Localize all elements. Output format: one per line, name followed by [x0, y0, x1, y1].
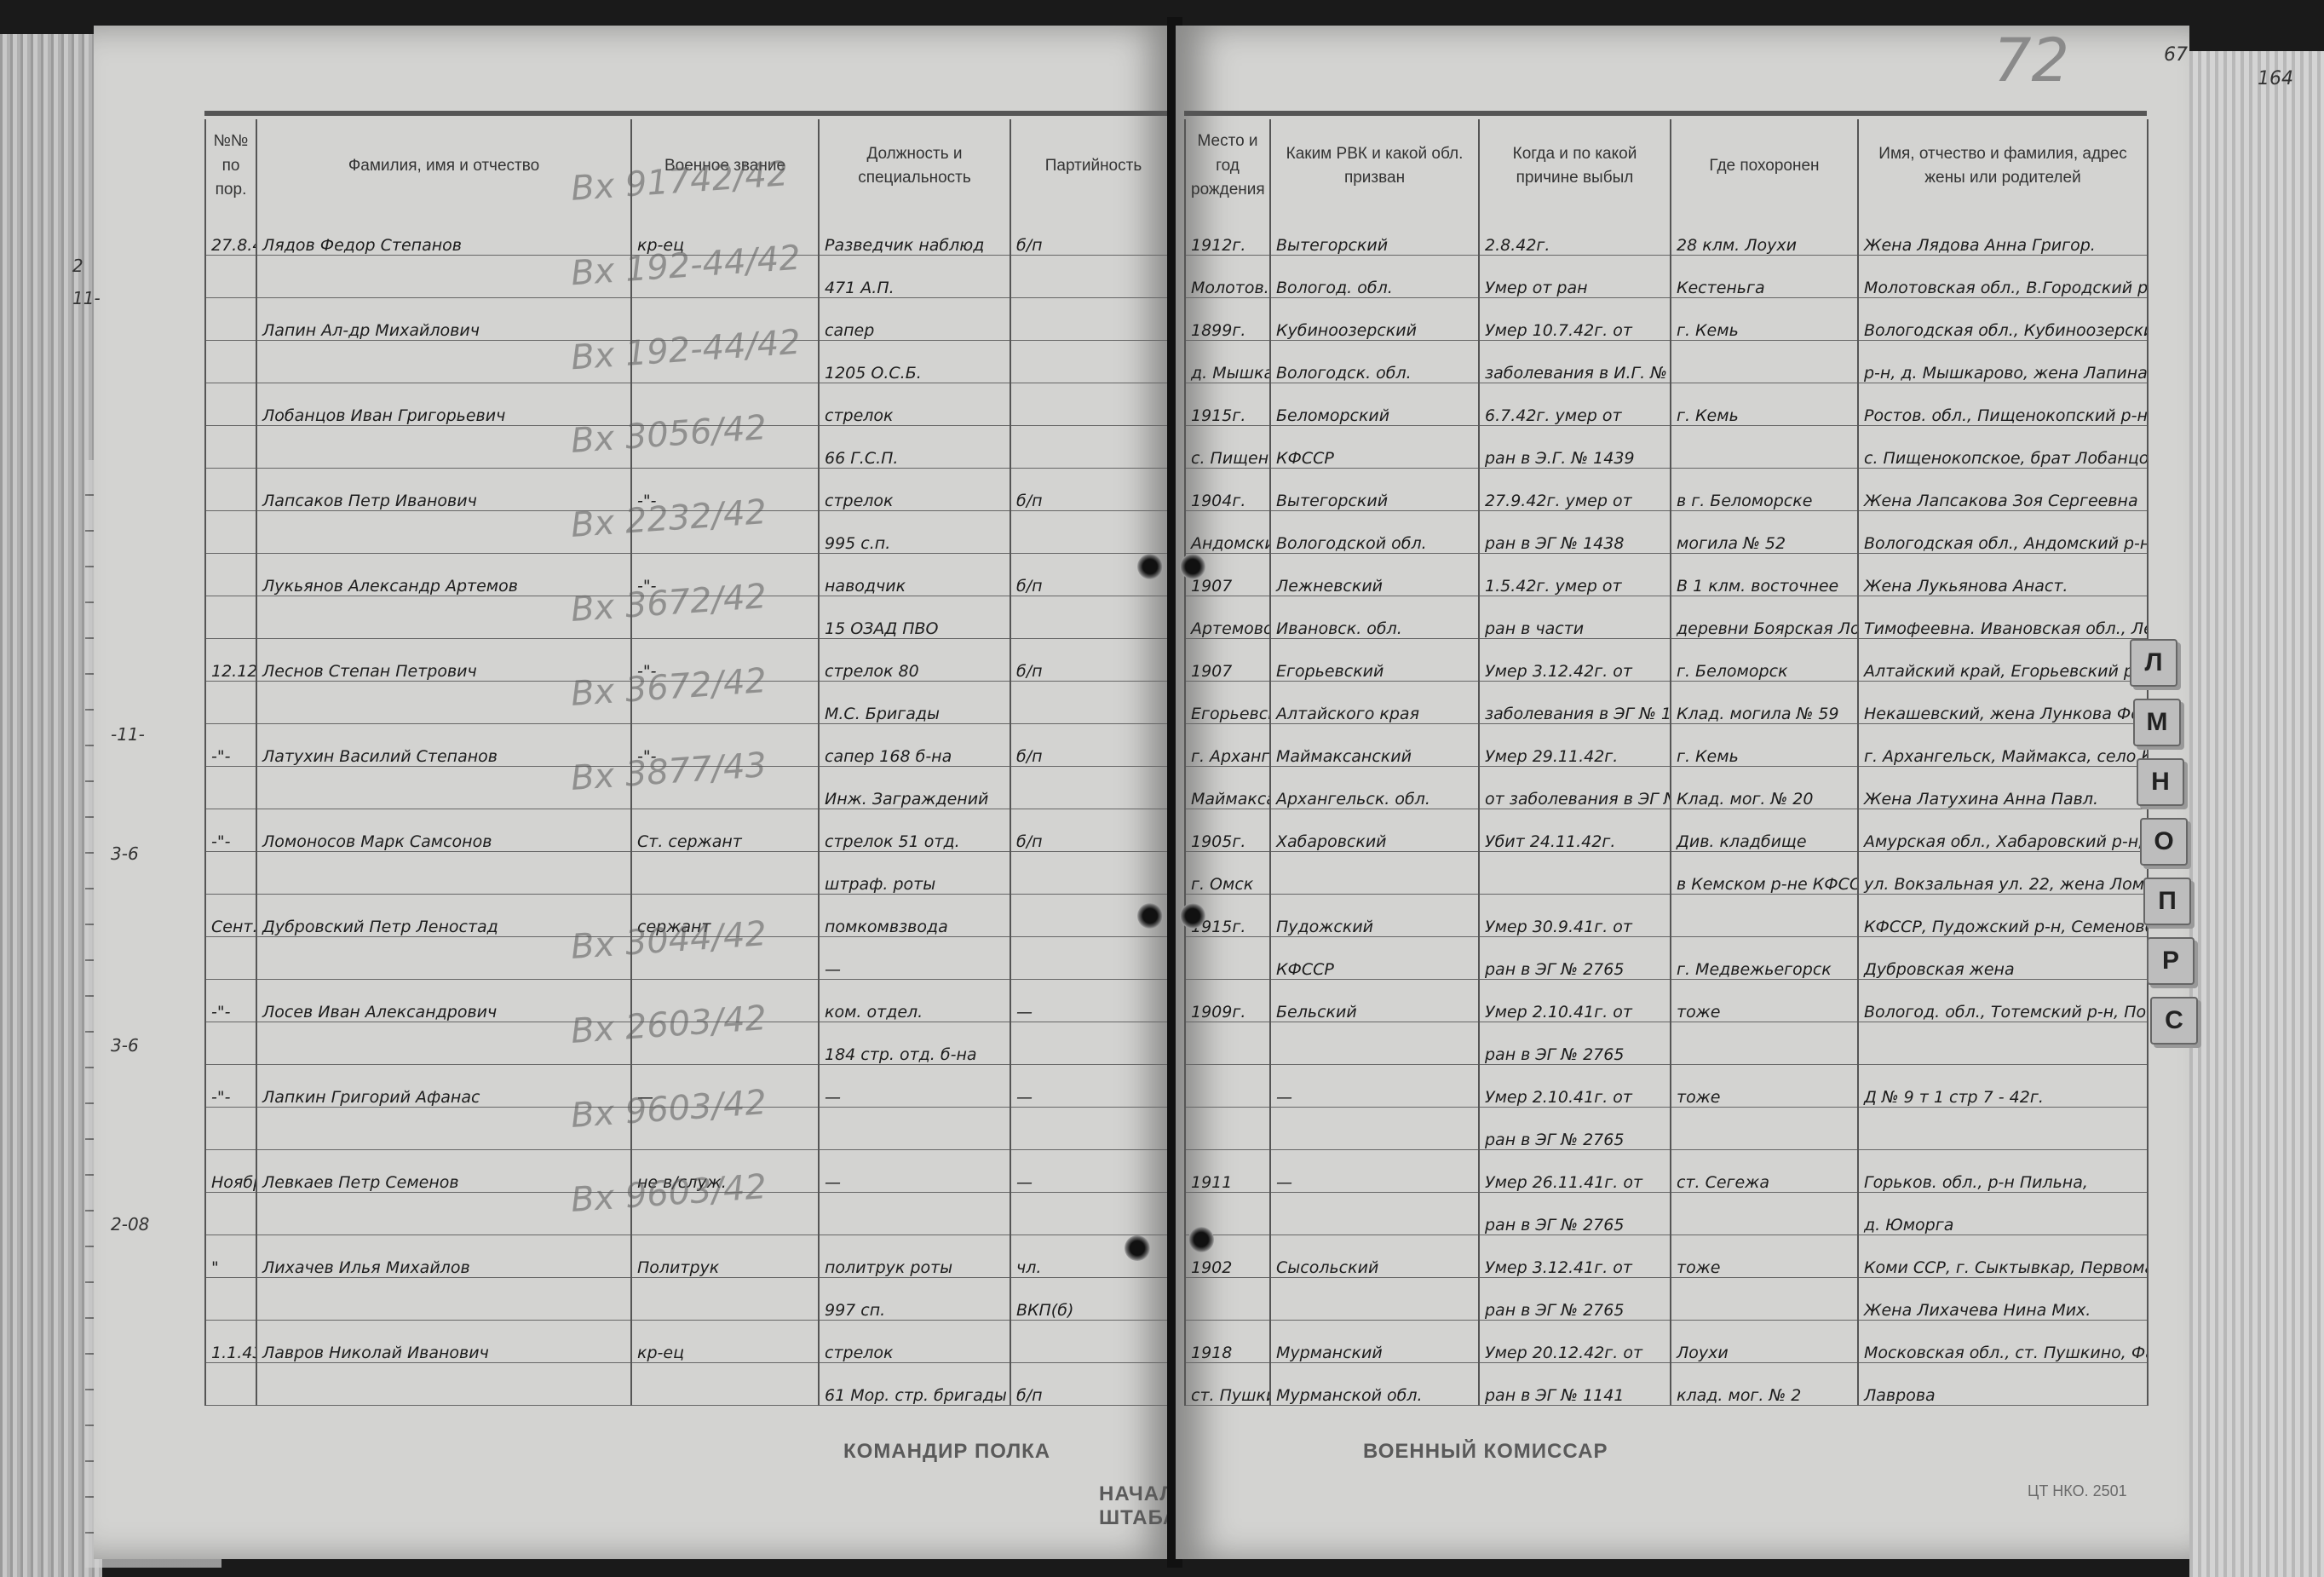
table-cell: [1010, 426, 1176, 469]
table-cell: могила № 52: [1671, 511, 1858, 554]
table-cell: Егорьевский: [1270, 639, 1479, 682]
table-row: 1.1.43Лавров Николай Ивановичкр-ецстрело…: [205, 1321, 1176, 1363]
ledger-spread: №№ по пор.Фамилия, имя и отчествоВоенное…: [0, 0, 2324, 1577]
table-row: ран в ЭГ № 2765: [1185, 1108, 2148, 1150]
binding-hole: [1125, 1235, 1150, 1261]
right-header-row: Место и год рожденияКаким РВК и какой об…: [1185, 119, 2148, 213]
table-cell: клад. мог. № 2: [1671, 1363, 1858, 1406]
table-cell: [1010, 298, 1176, 341]
table-row: 1912г.Вытегорский2.8.42г.28 клм. ЛоухиЖе…: [1185, 213, 2148, 256]
table-cell: Умер 3.12.41г. от: [1479, 1235, 1671, 1278]
table-cell: ул. Вокзальная ул. 22, жена Ломоносова Е…: [1858, 852, 2148, 895]
table-row: ран в ЭГ № 2765д. Юморга: [1185, 1193, 2148, 1235]
binding-hole: [1137, 903, 1163, 929]
table-cell: Жена Лукьянова Анаст.: [1858, 554, 2148, 596]
right-page: 67 72 Место и год рожденияКаким РВК и ка…: [1176, 26, 2189, 1559]
table-row: Егорьевский р-нАлтайского краязаболевани…: [1185, 682, 2148, 724]
table-cell: [1010, 1022, 1176, 1065]
table-cell: Кубиноозерский: [1270, 298, 1479, 341]
table-row: 1899г.КубиноозерскийУмер 10.7.42г. отг. …: [1185, 298, 2148, 341]
table-cell: 1912г.: [1185, 213, 1270, 256]
table-row: ран в ЭГ № 2765Жена Лихачева Нина Мих.: [1185, 1278, 2148, 1321]
table-cell: Пудожский: [1270, 895, 1479, 937]
table-cell: [631, 256, 819, 298]
table-cell: г. Кемь: [1671, 298, 1858, 341]
table-row: 61 Мор. стр. бригадыб/п: [205, 1363, 1176, 1406]
table-cell: в г. Беломорске: [1671, 469, 1858, 511]
table-row: Молотов. обл.Вологод. обл.Умер от ранКес…: [1185, 256, 2148, 298]
table-cell: стрелок: [819, 383, 1010, 426]
table-cell: 1915г.: [1185, 383, 1270, 426]
table-row: 184 стр. отд. б-на: [205, 1022, 1176, 1065]
table-cell: [205, 1108, 256, 1150]
index-tab-3[interactable]: Н: [2137, 758, 2184, 806]
margin-note: -11-: [111, 724, 145, 745]
table-row: 1904г.Вытегорский27.9.42г. умер отв г. Б…: [1185, 469, 2148, 511]
table-cell: б/п: [1010, 1363, 1176, 1406]
table-cell: не в/служ.: [631, 1150, 819, 1193]
margin-note: 3-6: [111, 1035, 139, 1056]
table-cell: [631, 426, 819, 469]
table-cell: [1185, 1278, 1270, 1321]
table-row: Андомский р-нВологодской обл.ран в ЭГ № …: [1185, 511, 2148, 554]
index-tab-2[interactable]: М: [2133, 699, 2181, 746]
table-row: Лапсаков Петр Иванович-"-стрелокб/п: [205, 469, 1176, 511]
table-cell: Лосев Иван Александрович: [256, 980, 631, 1022]
table-cell: Алтайский край, Егорьевский р-н, Песчано…: [1858, 639, 2148, 682]
column-header: Имя, отчество и фамилия, адрес жены или …: [1858, 119, 2148, 213]
table-cell: сержант: [631, 895, 819, 937]
table-cell: [1671, 895, 1858, 937]
table-cell: [1010, 852, 1176, 895]
table-row: д. МышкаровоВологодск. обл.заболевания в…: [1185, 341, 2148, 383]
table-cell: Жена Латухина Анна Павл.: [1858, 767, 2148, 809]
left-header-row: №№ по пор.Фамилия, имя и отчествоВоенное…: [205, 119, 1176, 213]
table-cell: [819, 1108, 1010, 1150]
table-cell: ст. Сегежа: [1671, 1150, 1858, 1193]
table-cell: [205, 554, 256, 596]
column-header: Место и год рождения: [1185, 119, 1270, 213]
table-cell: Д № 9 т 1 стр 7 - 42г.: [1858, 1065, 2148, 1108]
table-cell: Лаврова: [1858, 1363, 2148, 1406]
table-cell: Инж. Заграждений: [819, 767, 1010, 809]
table-cell: Некашевский, жена Лункова Федосья Никола…: [1858, 682, 2148, 724]
table-cell: [205, 256, 256, 298]
table-row: [205, 1193, 1176, 1235]
table-cell: Лежневский: [1270, 554, 1479, 596]
table-cell: 12.12: [205, 639, 256, 682]
table-cell: Жена Лихачева Нина Мих.: [1858, 1278, 2148, 1321]
binding-hole: [1180, 554, 1205, 579]
table-cell: Архангельск. обл.: [1270, 767, 1479, 809]
table-cell: 1904г.: [1185, 469, 1270, 511]
table-row: Лапин Ал-др Михайловичсапер: [205, 298, 1176, 341]
table-cell: ран в ЭГ № 2765: [1479, 1193, 1671, 1235]
table-cell: Вытегорский: [1270, 469, 1479, 511]
column-header: Военное звание: [631, 119, 819, 213]
table-cell: г. Архангельск: [1185, 724, 1270, 767]
table-cell: 1918: [1185, 1321, 1270, 1363]
table-cell: 997 сп.: [819, 1278, 1010, 1321]
table-cell: [631, 511, 819, 554]
column-header: №№ по пор.: [205, 119, 256, 213]
table-cell: -"-: [631, 469, 819, 511]
table-cell: 471 А.П.: [819, 256, 1010, 298]
table-cell: [256, 682, 631, 724]
table-cell: помкомвзвода: [819, 895, 1010, 937]
table-row: АртемовоИвановск. обл.ран в частидеревни…: [1185, 596, 2148, 639]
table-cell: Вологодской обл.: [1270, 511, 1479, 554]
table-cell: -"-: [631, 639, 819, 682]
table-cell: [1010, 341, 1176, 383]
right-page-edges: 164: [2189, 51, 2324, 1577]
column-header: Должность и специальность: [819, 119, 1010, 213]
commander-label: КОМАНДИР ПОЛКА: [843, 1440, 1050, 1464]
table-cell: с. Пищенокопское, брат Лобанцов Василий …: [1858, 426, 2148, 469]
table-cell: [256, 596, 631, 639]
table-row: 12.12Леснов Степан Петрович-"-стрелок 80…: [205, 639, 1176, 682]
table-cell: [631, 596, 819, 639]
table-cell: стрелок 80: [819, 639, 1010, 682]
binding-hole: [1137, 554, 1163, 579]
table-cell: Лапсаков Петр Иванович: [256, 469, 631, 511]
table-row: 27.8.42г.Лядов Федор Степановкр-ецРазвед…: [205, 213, 1176, 256]
table-cell: [1479, 852, 1671, 895]
table-cell: стрелок 51 отд.: [819, 809, 1010, 852]
table-cell: Амурская обл., Хабаровский р-н, г. Свобо…: [1858, 809, 2148, 852]
table-cell: Ростов. обл., Пищенокопский р-н,: [1858, 383, 2148, 426]
table-cell: [205, 426, 256, 469]
table-cell: [1185, 1065, 1270, 1108]
table-cell: 27.8.42г.: [205, 213, 256, 256]
table-cell: г. Кемь: [1671, 724, 1858, 767]
table-cell: [1671, 341, 1858, 383]
table-cell: [1671, 1108, 1858, 1150]
table-cell: Разведчик наблюд: [819, 213, 1010, 256]
margin-note: 2-08: [111, 1214, 149, 1235]
table-cell: —: [1010, 1065, 1176, 1108]
table-cell: —: [631, 1065, 819, 1108]
table-row: —Умер 2.10.41г. оттожеД № 9 т 1 стр 7 - …: [1185, 1065, 2148, 1108]
table-cell: б/п: [1010, 809, 1176, 852]
table-row: г. АрхангельскМаймаксанскийУмер 29.11.42…: [1185, 724, 2148, 767]
table-row: -"-Латухин Василий Степанов-"-сапер 168 …: [205, 724, 1176, 767]
table-cell: [631, 1022, 819, 1065]
table-cell: [1671, 1278, 1858, 1321]
table-cell: д. Юморга: [1858, 1193, 2148, 1235]
table-cell: Лоухи: [1671, 1321, 1858, 1363]
table-cell: 1907: [1185, 639, 1270, 682]
table-cell: 1911: [1185, 1150, 1270, 1193]
column-header: Где похоронен: [1671, 119, 1858, 213]
table-cell: [1270, 1193, 1479, 1235]
table-cell: [205, 1022, 256, 1065]
table-cell: Лапин Ал-др Михайлович: [256, 298, 631, 341]
margin-note: 11-: [72, 288, 101, 308]
table-cell: [631, 852, 819, 895]
table-cell: Московская обл., ст. Пушкино, Фабрика 12…: [1858, 1321, 2148, 1363]
table-cell: [256, 426, 631, 469]
table-cell: 6.7.42г. умер от: [1479, 383, 1671, 426]
table-cell: б/п: [1010, 724, 1176, 767]
table-cell: [1270, 1022, 1479, 1065]
table-cell: 2.8.42г.: [1479, 213, 1671, 256]
table-cell: тоже: [1671, 1235, 1858, 1278]
table-cell: [1671, 426, 1858, 469]
table-cell: Умер 10.7.42г. от: [1479, 298, 1671, 341]
table-cell: [631, 767, 819, 809]
table-cell: [631, 341, 819, 383]
binding-hole: [1188, 1227, 1214, 1252]
table-cell: чл.: [1010, 1235, 1176, 1278]
table-cell: Ноябрь 41г.: [205, 1150, 256, 1193]
table-row: 1909г.БельскийУмер 2.10.41г. оттожеВолог…: [1185, 980, 2148, 1022]
table-cell: Молотовская обл., В.Городский р-н, Красн…: [1858, 256, 2148, 298]
table-cell: [205, 1363, 256, 1406]
table-cell: [205, 937, 256, 980]
table-cell: [1858, 1022, 2148, 1065]
table-cell: ран в ЭГ № 2765: [1479, 937, 1671, 980]
table-cell: [256, 937, 631, 980]
table-cell: [205, 1278, 256, 1321]
top-rule: [1184, 111, 2147, 116]
table-cell: Алтайского края: [1270, 682, 1479, 724]
table-cell: ран в части: [1479, 596, 1671, 639]
table-cell: Дубровский Петр Леностад: [256, 895, 631, 937]
table-cell: —: [1270, 1065, 1479, 1108]
table-cell: 1.1.43: [205, 1321, 256, 1363]
table-cell: 61 Мор. стр. бригады: [819, 1363, 1010, 1406]
table-row: 471 А.П.: [205, 256, 1176, 298]
table-cell: [1858, 1108, 2148, 1150]
table-cell: Жена Лядова Анна Григор.: [1858, 213, 2148, 256]
table-cell: [631, 1108, 819, 1150]
table-cell: в Кемском р-не КФССР: [1671, 852, 1858, 895]
table-cell: [256, 341, 631, 383]
table-cell: с. Пищенокопское: [1185, 426, 1270, 469]
table-cell: сапер 168 б-на: [819, 724, 1010, 767]
table-cell: ран в ЭГ № 2765: [1479, 1022, 1671, 1065]
table-cell: Лавров Николай Иванович: [256, 1321, 631, 1363]
table-cell: [1270, 1108, 1479, 1150]
table-cell: [631, 1363, 819, 1406]
edge-page-number: 164: [2258, 68, 2293, 89]
table-row: —: [205, 937, 1176, 980]
table-cell: г. Омск: [1185, 852, 1270, 895]
table-cell: [819, 1193, 1010, 1235]
table-cell: [1010, 596, 1176, 639]
pencil-folio-number: 72: [1993, 26, 2069, 95]
table-cell: г. Кемь: [1671, 383, 1858, 426]
print-code: ЦТ НКО. 2501: [2028, 1482, 2127, 1500]
table-cell: Жена Лапсакова Зоя Сергеевна: [1858, 469, 2148, 511]
table-row: ран в ЭГ № 2765: [1185, 1022, 2148, 1065]
table-cell: -"-: [205, 1065, 256, 1108]
table-cell: [1010, 767, 1176, 809]
table-cell: Умер 20.12.42г. от: [1479, 1321, 1671, 1363]
table-row: штраф. роты: [205, 852, 1176, 895]
table-cell: Мурманский: [1270, 1321, 1479, 1363]
table-row: М.С. Бригады: [205, 682, 1176, 724]
table-cell: КФССР: [1270, 937, 1479, 980]
left-page: №№ по пор.Фамилия, имя и отчествоВоенное…: [94, 26, 1176, 1559]
table-cell: Хабаровский: [1270, 809, 1479, 852]
table-row: с. ПищенокопскоеКФССРран в Э.Г. № 1439с.…: [1185, 426, 2148, 469]
index-tab-6[interactable]: Р: [2147, 937, 2195, 985]
column-header: Фамилия, имя и отчество: [256, 119, 631, 213]
table-cell: Умер 2.10.41г. от: [1479, 1065, 1671, 1108]
table-cell: сапер: [819, 298, 1010, 341]
table-cell: Вытегорский: [1270, 213, 1479, 256]
binding-hole: [1180, 903, 1205, 929]
table-cell: от заболевания в ЭГ № 1425: [1479, 767, 1671, 809]
table-cell: Сысольский: [1270, 1235, 1479, 1278]
table-cell: —: [1270, 1150, 1479, 1193]
table-cell: Андомский р-н: [1185, 511, 1270, 554]
table-cell: Коми ССР, г. Сыктывкар, Первомайская ул.…: [1858, 1235, 2148, 1278]
table-row: КФССРран в ЭГ № 2765г. МедвежьегорскДубр…: [1185, 937, 2148, 980]
table-row: "Лихачев Илья МихайловПолитрукполитрук р…: [205, 1235, 1176, 1278]
index-tab-1[interactable]: Л: [2130, 639, 2177, 687]
table-cell: [1010, 383, 1176, 426]
table-cell: [205, 469, 256, 511]
table-cell: [205, 596, 256, 639]
table-cell: 1205 О.С.Б.: [819, 341, 1010, 383]
left-ledger-table: №№ по пор.Фамилия, имя и отчествоВоенное…: [204, 119, 1177, 1406]
index-tab-5[interactable]: П: [2143, 878, 2191, 925]
table-row: 997 сп.ВКП(б): [205, 1278, 1176, 1321]
table-cell: [205, 682, 256, 724]
table-row: 1911—Умер 26.11.41г. отст. СегежаГорьков…: [1185, 1150, 2148, 1193]
table-row: 1205 О.С.Б.: [205, 341, 1176, 383]
table-cell: [205, 298, 256, 341]
table-cell: Левкаев Петр Семенов: [256, 1150, 631, 1193]
table-cell: тоже: [1671, 980, 1858, 1022]
table-cell: Умер 26.11.41г. от: [1479, 1150, 1671, 1193]
table-cell: 1.5.42г. умер от: [1479, 554, 1671, 596]
table-row: -"-Лосев Иван Александровичком. отдел.—: [205, 980, 1176, 1022]
table-cell: Беломорский: [1270, 383, 1479, 426]
table-cell: [1185, 937, 1270, 980]
table-cell: Сент. 41: [205, 895, 256, 937]
table-cell: заболевания в ЭГ № 1438: [1479, 682, 1671, 724]
table-row: 1907Лежневский1.5.42г. умер отВ 1 клм. в…: [1185, 554, 2148, 596]
table-cell: —: [819, 1065, 1010, 1108]
table-cell: [205, 511, 256, 554]
table-cell: ран в ЭГ № 1438: [1479, 511, 1671, 554]
table-cell: Лядов Федор Степанов: [256, 213, 631, 256]
table-cell: —: [1010, 980, 1176, 1022]
table-cell: [1671, 1022, 1858, 1065]
table-cell: Вологод. обл.: [1270, 256, 1479, 298]
table-cell: Маймакса: [1185, 767, 1270, 809]
table-cell: [1010, 1193, 1176, 1235]
table-cell: —: [819, 1150, 1010, 1193]
table-cell: [1010, 511, 1176, 554]
table-cell: 995 с.п.: [819, 511, 1010, 554]
table-row: Сент. 41Дубровский Петр Леностадсержантп…: [205, 895, 1176, 937]
table-row: Лобанцов Иван Григорьевичстрелок: [205, 383, 1176, 426]
table-cell: Див. кладбище: [1671, 809, 1858, 852]
index-tab-7[interactable]: С: [2150, 997, 2198, 1045]
table-cell: Ст. сержант: [631, 809, 819, 852]
table-cell: штраф. роты: [819, 852, 1010, 895]
table-row: 1915г.Беломорский6.7.42г. умер отг. Кемь…: [1185, 383, 2148, 426]
table-cell: ком. отдел.: [819, 980, 1010, 1022]
table-cell: Умер 29.11.42г.: [1479, 724, 1671, 767]
military-commissar-label: ВОЕННЫЙ КОМИССАР: [1363, 1440, 1608, 1464]
table-cell: Артемово: [1185, 596, 1270, 639]
table-row: 1902СысольскийУмер 3.12.41г. оттожеКоми …: [1185, 1235, 2148, 1278]
table-cell: [205, 383, 256, 426]
table-cell: [1010, 256, 1176, 298]
table-cell: Умер от ран: [1479, 256, 1671, 298]
table-cell: [256, 852, 631, 895]
index-tab-4[interactable]: О: [2140, 818, 2188, 866]
table-row: г. Омскв Кемском р-не КФССРул. Вокзальна…: [1185, 852, 2148, 895]
table-cell: ран в ЭГ № 1141: [1479, 1363, 1671, 1406]
table-cell: [1270, 1278, 1479, 1321]
table-cell: [631, 1193, 819, 1235]
table-cell: кр-ец: [631, 213, 819, 256]
table-cell: Лихачев Илья Михайлов: [256, 1235, 631, 1278]
table-cell: Вологод. обл., Тотемский р-н, Погорельск…: [1858, 980, 2148, 1022]
table-cell: Убит 24.11.42г.: [1479, 809, 1671, 852]
page-number: 67: [2164, 44, 2188, 66]
table-cell: -"-: [205, 724, 256, 767]
table-cell: Политрук: [631, 1235, 819, 1278]
table-cell: [256, 1022, 631, 1065]
right-ledger-table: Место и год рожденияКаким РВК и какой об…: [1184, 119, 2149, 1406]
table-cell: Лукьянов Александр Артемов: [256, 554, 631, 596]
table-cell: б/п: [1010, 213, 1176, 256]
table-row: -"-Ломоносов Марк СамсоновСт. сержантстр…: [205, 809, 1176, 852]
table-cell: Молотов. обл.: [1185, 256, 1270, 298]
table-cell: ": [205, 1235, 256, 1278]
table-cell: [1010, 1108, 1176, 1150]
table-cell: [256, 1193, 631, 1235]
table-row: Ноябрь 41г.Левкаев Петр Семеновне в/служ…: [205, 1150, 1176, 1193]
column-header: Когда и по какой причине выбыл: [1479, 119, 1671, 213]
alphabet-index-tabs: ЛМНОПРС: [2130, 639, 2189, 1056]
table-row: Лукьянов Александр Артемов-"-наводчикб/п: [205, 554, 1176, 596]
table-cell: деревни Боярская Лоух. р-на, КФССР: [1671, 596, 1858, 639]
table-cell: В 1 клм. восточнее: [1671, 554, 1858, 596]
table-cell: -"-: [205, 809, 256, 852]
table-cell: [631, 980, 819, 1022]
table-cell: КФССР: [1270, 426, 1479, 469]
table-cell: 1909г.: [1185, 980, 1270, 1022]
table-cell: р-н, д. Мышкарово, жена Лапина А.: [1858, 341, 2148, 383]
table-cell: б/п: [1010, 469, 1176, 511]
table-row: 1905г.ХабаровскийУбит 24.11.42г.Див. кла…: [1185, 809, 2148, 852]
table-cell: ВКП(б): [1010, 1278, 1176, 1321]
table-cell: Вологодская обл., Андомский р-н, Нафенов…: [1858, 511, 2148, 554]
table-cell: [1185, 1108, 1270, 1150]
table-cell: Кестеньга: [1671, 256, 1858, 298]
table-cell: [631, 1278, 819, 1321]
table-cell: б/п: [1010, 639, 1176, 682]
column-header: Партийность: [1010, 119, 1176, 213]
table-cell: политрук роты: [819, 1235, 1010, 1278]
table-cell: наводчик: [819, 554, 1010, 596]
table-cell: г. Беломорск: [1671, 639, 1858, 682]
table-cell: Умер 2.10.41г. от: [1479, 980, 1671, 1022]
table-cell: [256, 1363, 631, 1406]
table-cell: Маймаксанский: [1270, 724, 1479, 767]
table-cell: [631, 298, 819, 341]
table-cell: ран в ЭГ № 2765: [1479, 1278, 1671, 1321]
